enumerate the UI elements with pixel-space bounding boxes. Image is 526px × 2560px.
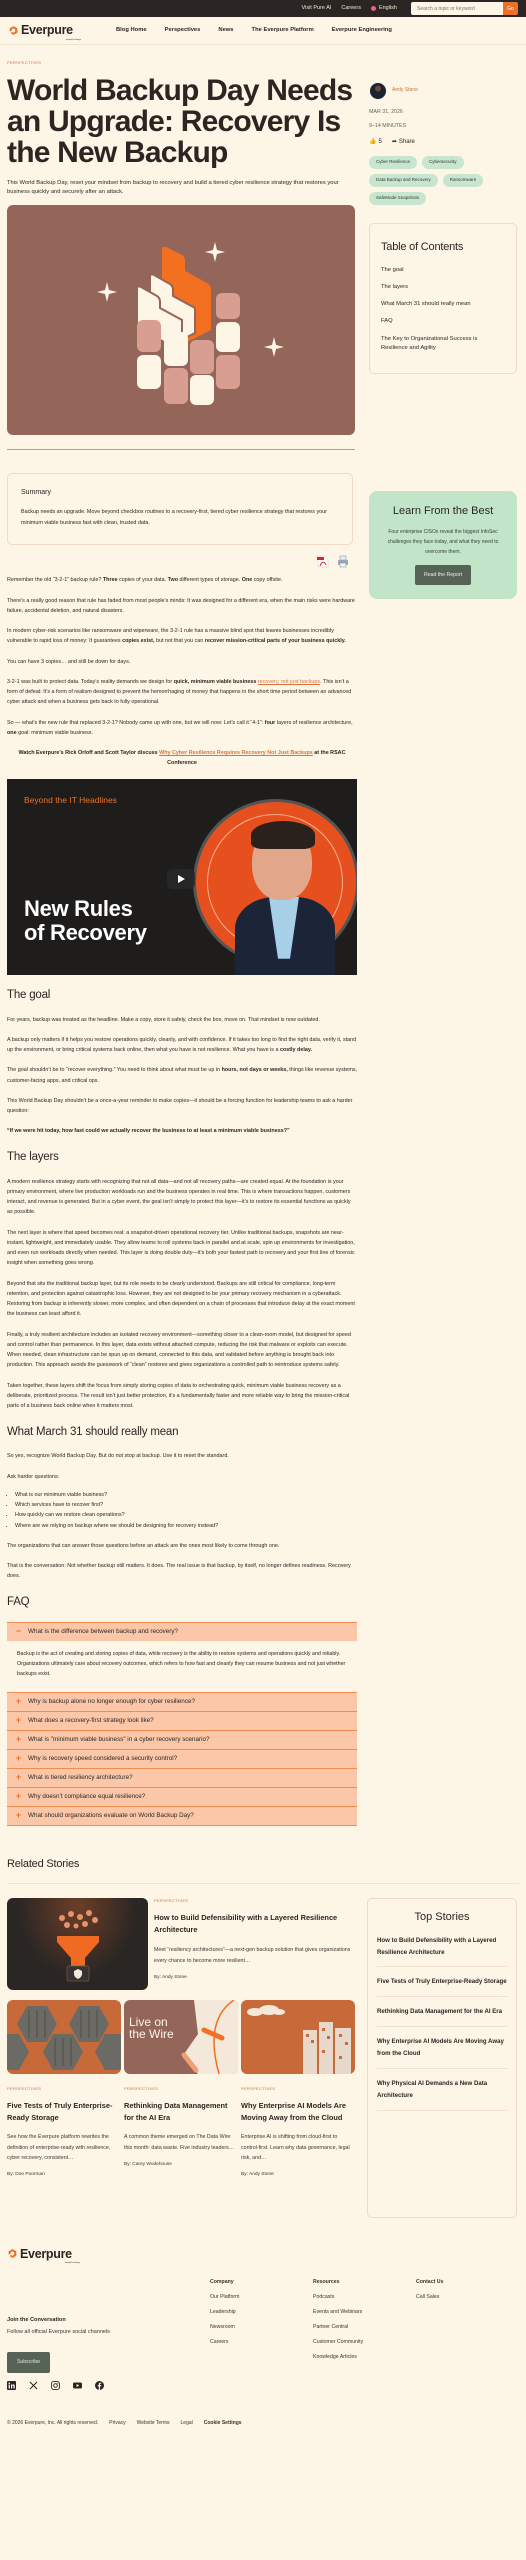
report-cta: Learn From the Best Four enterprise CISO… bbox=[369, 491, 517, 599]
faq-question-toggle[interactable]: +What should organizations evaluate on W… bbox=[7, 1807, 357, 1825]
legal-bar: © 2026 Everpure, Inc. All rights reserve… bbox=[7, 2420, 242, 2428]
footer-link[interactable]: Customer Community bbox=[313, 2338, 416, 2346]
section-heading-faq: FAQ bbox=[7, 1594, 357, 1612]
nav-links: Blog Home Perspectives News The Everpure… bbox=[116, 26, 392, 35]
careers-link[interactable]: Careers bbox=[341, 4, 361, 13]
section-heading-march: What March 31 should really mean bbox=[7, 1424, 357, 1442]
toc-link[interactable]: The goal bbox=[381, 266, 505, 275]
faq-item: −What is the difference between backup a… bbox=[7, 1622, 357, 1693]
join-conversation: Join the Conversation Follow all officia… bbox=[7, 2316, 110, 2337]
video-kicker: Beyond the IT Headlines bbox=[24, 794, 117, 807]
thumbs-up-icon: 👍 bbox=[369, 139, 376, 145]
tag-chip[interactable]: Cyber Resilience bbox=[369, 156, 417, 169]
top-stories-heading: Top Stories bbox=[377, 1909, 507, 1926]
author-block: Andy Stone bbox=[369, 82, 519, 100]
layers-p1: A modern resilience strategy starts with… bbox=[7, 1177, 357, 1218]
tag-chip[interactable]: Ransomware bbox=[443, 174, 484, 187]
story-title: How to Build Defensibility with a Layere… bbox=[154, 1912, 354, 1936]
story-category: PERSPECTIVES bbox=[124, 2086, 238, 2092]
social-links bbox=[7, 2381, 104, 2390]
search-go-button[interactable]: Go bbox=[503, 2, 518, 15]
faq-question-toggle[interactable]: +What does a recovery-first strategy loo… bbox=[7, 1712, 357, 1730]
article-layout: PERSPECTIVES World Backup Day Needs an U… bbox=[0, 45, 526, 1826]
minus-icon: − bbox=[14, 1627, 23, 1636]
share-button[interactable]: ➦Share bbox=[392, 138, 415, 147]
faq-answer: Backup is the act of creating and storin… bbox=[7, 1641, 357, 1692]
faq-question-toggle[interactable]: +Why is recovery speed considered a secu… bbox=[7, 1750, 357, 1768]
nav-perspectives[interactable]: Perspectives bbox=[165, 26, 201, 35]
story-card[interactable]: Live onthe Wire PERSPECTIVES Rethinking … bbox=[124, 2000, 238, 2179]
printer-icon[interactable] bbox=[337, 555, 349, 568]
author-link[interactable]: Andy Stone bbox=[392, 87, 418, 95]
faq-item: +Why is backup alone no longer enough fo… bbox=[7, 1693, 357, 1712]
utility-bar: Visit Pure AI Careers English Go bbox=[0, 0, 526, 17]
live-on-the-wire-image: Live onthe Wire bbox=[124, 2000, 238, 2074]
footer-column-resources: Resources Podcasts Events and Webinars P… bbox=[313, 2278, 416, 2368]
story-byline: By: Carey Wodehouse bbox=[124, 2161, 238, 2168]
story-desc: A common theme emerged on The Data Wire … bbox=[124, 2132, 238, 2153]
intro-p2: There’s a really good reason that rule h… bbox=[7, 596, 357, 617]
story-category: PERSPECTIVES bbox=[241, 2086, 355, 2092]
footer-link[interactable]: Events and Webinars bbox=[313, 2308, 416, 2316]
faq-accordion: −What is the difference between backup a… bbox=[7, 1622, 357, 1826]
facebook-icon[interactable] bbox=[95, 2381, 104, 2390]
plus-icon: + bbox=[14, 1754, 23, 1763]
intro-p6: So — what’s the new rule that replaced 3… bbox=[7, 718, 357, 739]
read-report-button[interactable]: Read the Report bbox=[415, 565, 471, 585]
story-byline: By: Andy Stone bbox=[241, 2171, 355, 2178]
march-p1: So yes, recognize World Backup Day. But … bbox=[7, 1451, 357, 1461]
top-story-link[interactable]: Why Physical AI Demands a New Data Archi… bbox=[377, 2075, 507, 2111]
like-button[interactable]: 👍5 bbox=[369, 138, 382, 147]
article-main: PERSPECTIVES World Backup Day Needs an U… bbox=[7, 45, 357, 1826]
tag-list: Cyber Resilience Cybersecurity Data Back… bbox=[369, 156, 509, 205]
story-desc: Enterprise AI is shifting from cloud-fir… bbox=[241, 2132, 355, 2163]
related-stories: Related Stories PERSPECTIVES How to Buil… bbox=[0, 1856, 526, 2218]
footer-logo[interactable]: Everpureformerly Pure Storage bbox=[7, 2248, 519, 2261]
article-body: Remember the old “3-2-1” backup rule? Th… bbox=[7, 575, 357, 1611]
faq-question-toggle[interactable]: +Why doesn’t compliance equal resilience… bbox=[7, 1788, 357, 1806]
faq-item: +What should organizations evaluate on W… bbox=[7, 1807, 357, 1826]
pdf-icon[interactable] bbox=[317, 555, 329, 568]
march-p2: Ask harder questions: bbox=[7, 1472, 357, 1482]
tag-chip[interactable]: Cybersecurity bbox=[422, 156, 464, 169]
hero-illustration bbox=[7, 205, 355, 435]
toc-heading: Table of Contents bbox=[381, 239, 505, 256]
faq-question-toggle[interactable]: +What is tiered resiliency architecture? bbox=[7, 1769, 357, 1787]
logo-mark-icon bbox=[8, 25, 19, 36]
layers-p3: Beyond that sits the traditional backup … bbox=[7, 1279, 357, 1320]
globe-icon bbox=[371, 6, 376, 11]
plus-icon: + bbox=[14, 1792, 23, 1801]
footer-link[interactable]: Podcasts bbox=[313, 2293, 416, 2301]
search-form: Go bbox=[411, 2, 518, 15]
cta-text: Four enterprise CISOs reveal the biggest… bbox=[379, 527, 507, 557]
summary-text: Backup needs an upgrade. Move beyond che… bbox=[21, 507, 339, 528]
story-cards: PERSPECTIVES Five Tests of Truly Enterpr… bbox=[7, 2000, 355, 2179]
story-byline: By: Don Poorman bbox=[7, 2171, 121, 2178]
story-byline: By: Andy Stone bbox=[154, 1974, 354, 1981]
intro-p5: 3-2-1 was built to protect data. Today’s… bbox=[7, 677, 357, 708]
footer-columns: Company Our Platform Leadership Newsroom… bbox=[210, 2278, 519, 2368]
brand-tagline: formerly Pure Storage bbox=[66, 39, 81, 41]
list-item: How quickly can we restore clean operati… bbox=[15, 1510, 357, 1520]
featured-story[interactable]: PERSPECTIVES How to Build Defensibility … bbox=[7, 1898, 355, 1990]
story-desc: See how the Everpure platform rewrites t… bbox=[7, 2132, 121, 2163]
story-category: PERSPECTIVES bbox=[154, 1898, 354, 1904]
tag-chip[interactable]: SafeMode Snapshots bbox=[369, 192, 426, 205]
everpure-logo[interactable]: Everpureformerly Pure Storage bbox=[8, 24, 108, 37]
nav-everpure-platform[interactable]: The Everpure Platform bbox=[252, 26, 314, 35]
toc-link[interactable]: The layers bbox=[381, 283, 505, 292]
cookie-settings-link[interactable]: Cookie Settings bbox=[204, 2420, 242, 2428]
share-arrow-icon: ➦ bbox=[392, 139, 397, 145]
list-item: Where are we relying on backup where we … bbox=[15, 1521, 357, 1531]
story-title: Why Enterprise AI Models Are Moving Away… bbox=[241, 2100, 355, 2124]
intro-p1: Remember the old “3-2-1” backup rule? Th… bbox=[7, 575, 357, 585]
datacenter-image bbox=[7, 2000, 121, 2074]
top-story-link[interactable]: Five Tests of Truly Enterprise-Ready Sto… bbox=[377, 1973, 507, 1997]
visit-pure-ai-link[interactable]: Visit Pure AI bbox=[302, 4, 332, 13]
nav-blog-home[interactable]: Blog Home bbox=[116, 26, 147, 35]
footer-link[interactable]: Leadership bbox=[210, 2308, 313, 2316]
faq-question-toggle[interactable]: +Why is backup alone no longer enough fo… bbox=[7, 1693, 357, 1711]
plus-icon: + bbox=[14, 1697, 23, 1706]
copyright: © 2026 Everpure, Inc. All rights reserve… bbox=[7, 2420, 98, 2428]
plus-icon: + bbox=[14, 1811, 23, 1820]
footer-column-contact: Contact Us Call Sales bbox=[416, 2278, 519, 2368]
website-terms-link[interactable]: Website Terms bbox=[137, 2420, 170, 2428]
top-story-link[interactable]: Rethinking Data Management for the AI Er… bbox=[377, 2003, 507, 2027]
layers-p2: The next layer is where that speed becom… bbox=[7, 1228, 357, 1269]
related-heading: Related Stories bbox=[7, 1856, 519, 1873]
logo-mark-icon bbox=[7, 2248, 18, 2259]
story-card[interactable]: PERSPECTIVES Why Enterprise AI Models Ar… bbox=[241, 2000, 355, 2179]
publish-date: MAR 31, 2026 bbox=[369, 108, 519, 116]
footer-column-company: Company Our Platform Leadership Newsroom… bbox=[210, 2278, 313, 2368]
layers-p5: Taken together, these layers shift the f… bbox=[7, 1381, 357, 1412]
faq-item: +What is "minimum viable business" in a … bbox=[7, 1731, 357, 1750]
play-icon[interactable] bbox=[167, 869, 195, 889]
linkedin-icon[interactable] bbox=[7, 2381, 16, 2390]
layers-p4: Finally, a truly resilient architecture … bbox=[7, 1330, 357, 1371]
hero-divider bbox=[7, 449, 355, 450]
story-title: Five Tests of Truly Enterprise-Ready Sto… bbox=[7, 2100, 121, 2124]
nav-news[interactable]: News bbox=[218, 26, 233, 35]
watch-callout: Watch Everpure’s Rick Orloff and Scott T… bbox=[7, 748, 357, 769]
story-category: PERSPECTIVES bbox=[7, 2086, 121, 2092]
story-desc: Meet “resiliency architectures”—a next-g… bbox=[154, 1945, 354, 1966]
footer-link[interactable]: Partner Central bbox=[313, 2323, 416, 2331]
toc-link[interactable]: What March 31 should really mean bbox=[381, 300, 505, 309]
goal-p2: A backup only matters if it helps you re… bbox=[7, 1035, 357, 1056]
article-actions: 👍5 ➦Share bbox=[369, 138, 519, 147]
table-of-contents: Table of Contents The goal The layers Wh… bbox=[369, 223, 517, 375]
goal-p1: For years, backup was treated as the hea… bbox=[7, 1015, 357, 1025]
footer-link[interactable]: Knowledge Articles bbox=[313, 2353, 416, 2361]
tag-chip[interactable]: Data Backup and Recovery bbox=[369, 174, 438, 187]
rsac-video-link[interactable]: Why Cyber Resilience Requires Recovery N… bbox=[159, 750, 313, 756]
article-category[interactable]: PERSPECTIVES bbox=[7, 60, 357, 66]
section-heading-goal: The goal bbox=[7, 987, 357, 1005]
subscribe-button[interactable]: Subscribe bbox=[7, 2352, 50, 2373]
search-input[interactable] bbox=[411, 2, 503, 15]
faq-item: +Why doesn’t compliance equal resilience… bbox=[7, 1788, 357, 1807]
intro-p4: You can have 3 copies… and still be down… bbox=[7, 657, 357, 667]
plus-icon: + bbox=[14, 1716, 23, 1725]
section-heading-layers: The layers bbox=[7, 1149, 357, 1167]
summary-heading: Summary bbox=[21, 488, 339, 499]
top-story-link[interactable]: How to Build Defensibility with a Layere… bbox=[377, 1932, 507, 1968]
intro-p3: In modern cyber-risk scenarios like rans… bbox=[7, 626, 357, 647]
questions-list: What is our minimum viable business? Whi… bbox=[15, 1490, 357, 1531]
goal-p4: This World Backup Day shouldn’t be a onc… bbox=[7, 1096, 357, 1117]
plus-icon: + bbox=[14, 1773, 23, 1782]
video-title: New Rulesof Recovery bbox=[24, 897, 147, 945]
recovery-not-backups-link[interactable]: recovery, not just backups bbox=[258, 679, 320, 685]
faq-question-toggle[interactable]: +What is "minimum viable business" in a … bbox=[7, 1731, 357, 1749]
goal-p5: “If we were hit today, how fast could we… bbox=[7, 1126, 357, 1136]
article-dek: This World Backup Day, reset your mindse… bbox=[7, 179, 347, 198]
story-title: Rethinking Data Management for the AI Er… bbox=[124, 2100, 238, 2124]
plus-icon: + bbox=[14, 1735, 23, 1744]
x-icon[interactable] bbox=[29, 2381, 38, 2390]
brand-name: Everpure bbox=[21, 23, 73, 37]
privacy-link[interactable]: Privacy bbox=[109, 2420, 125, 2428]
article-tools bbox=[7, 555, 357, 568]
footer-link[interactable]: Newsroom bbox=[210, 2323, 313, 2331]
march-p3: The organizations that can answer those … bbox=[7, 1541, 357, 1551]
article-sidebar: Andy Stone MAR 31, 2026 9–14 MINUTES 👍5 … bbox=[369, 45, 519, 1826]
summary-box: Summary Backup needs an upgrade. Move be… bbox=[7, 473, 353, 545]
footer-link[interactable]: Call Sales bbox=[416, 2293, 519, 2301]
faq-item: +What is tiered resiliency architecture? bbox=[7, 1769, 357, 1788]
city-cloud-image bbox=[241, 2000, 355, 2074]
list-item: What is our minimum viable business? bbox=[15, 1490, 357, 1500]
list-item: Which services have to recover first? bbox=[15, 1500, 357, 1510]
faq-item: +What does a recovery-first strategy loo… bbox=[7, 1712, 357, 1731]
youtube-icon[interactable] bbox=[73, 2381, 82, 2390]
nav-everpure-engineering[interactable]: Everpure Engineering bbox=[332, 26, 392, 35]
site-footer: Everpureformerly Pure Storage Company Ou… bbox=[0, 2248, 526, 2458]
language-selector[interactable]: English bbox=[371, 4, 397, 13]
cube-illustration-icon bbox=[7, 205, 355, 435]
story-card[interactable]: PERSPECTIVES Five Tests of Truly Enterpr… bbox=[7, 2000, 121, 2179]
video-player[interactable]: Beyond the IT Headlines New Rulesof Reco… bbox=[7, 779, 357, 975]
article-title: World Backup Day Needs an Upgrade: Recov… bbox=[7, 76, 357, 169]
top-stories: Top Stories How to Build Defensibility w… bbox=[367, 1898, 517, 2218]
footer-link[interactable]: Our Platform bbox=[210, 2293, 313, 2301]
main-nav: Everpureformerly Pure Storage Blog Home … bbox=[0, 17, 526, 45]
march-p4: That is the conversation: Not whether ba… bbox=[7, 1561, 357, 1582]
faq-question-toggle[interactable]: −What is the difference between backup a… bbox=[7, 1623, 357, 1641]
legal-link[interactable]: Legal bbox=[181, 2420, 193, 2428]
card-image-text: Live onthe Wire bbox=[129, 2016, 174, 2041]
toc-link[interactable]: The Key to Organizational Success is Res… bbox=[381, 335, 505, 354]
toc-link[interactable]: FAQ bbox=[381, 317, 505, 326]
faq-item: +Why is recovery speed considered a secu… bbox=[7, 1750, 357, 1769]
read-time: 9–14 MINUTES bbox=[369, 122, 519, 130]
cta-heading: Learn From the Best bbox=[379, 503, 507, 520]
instagram-icon[interactable] bbox=[51, 2381, 60, 2390]
funnel-illustration bbox=[7, 1898, 148, 1990]
goal-p3: The goal shouldn’t be to “recover everyt… bbox=[7, 1065, 357, 1086]
top-story-link[interactable]: Why Enterprise AI Models Are Moving Away… bbox=[377, 2033, 507, 2069]
footer-link[interactable]: Careers bbox=[210, 2338, 313, 2346]
avatar[interactable] bbox=[369, 82, 387, 100]
